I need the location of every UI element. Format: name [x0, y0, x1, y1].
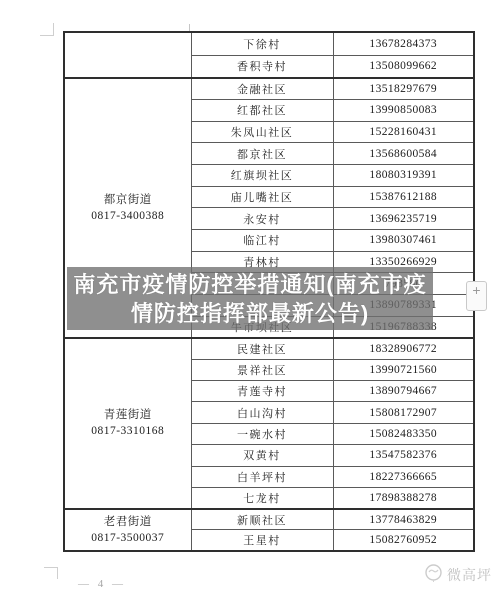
village-cell: 七龙村	[191, 487, 333, 508]
village-cell: 朱凤山社区	[191, 121, 333, 143]
table-row: 老君街道0817-3500037新顺社区13778463829	[64, 509, 474, 530]
phone-cell: 13980307461	[333, 229, 474, 251]
seo-title-overlay[interactable]: 南充市疫情防控举措通知(南充市疫 情防控指挥部最新公告)	[67, 267, 433, 330]
street-cell: 老君街道0817-3500037	[64, 509, 191, 551]
phone-cell: 18328906772	[333, 338, 474, 359]
street-phone: 0817-3400388	[65, 208, 191, 224]
phone-cell: 13678284373	[333, 32, 474, 55]
margin-mark-top-left-h	[40, 35, 53, 36]
phone-cell: 13778463829	[333, 509, 474, 530]
phone-cell: 18227366665	[333, 466, 474, 487]
margin-mark-bottom-left-h	[44, 567, 57, 568]
street-cell: 青莲街道0817-3310168	[64, 338, 191, 509]
margin-mark-top-left-v	[53, 23, 54, 36]
overlay-title-line2: 情防控指挥部最新公告)	[131, 299, 369, 328]
plus-icon: +	[472, 282, 480, 298]
street-name: 都京街道	[65, 192, 191, 208]
village-cell: 王星村	[191, 530, 333, 551]
village-cell: 红旗坝社区	[191, 165, 333, 187]
document-page: { "overlay": { "title": "南充市疫情防控举措通知(南充市…	[0, 0, 500, 598]
table-row: 青莲街道0817-3310168民建社区18328906772	[64, 338, 474, 359]
phone-cell: 13568600584	[333, 143, 474, 165]
phone-cell: 13990850083	[333, 100, 474, 122]
phone-cell: 13696235719	[333, 208, 474, 230]
watermark-logo-icon	[424, 563, 443, 587]
village-cell: 永安村	[191, 208, 333, 230]
overlay-title-line1: 南充市疫情防控举措通知(南充市疫	[73, 270, 426, 299]
village-cell: 民建社区	[191, 338, 333, 359]
village-cell: 临江村	[191, 229, 333, 251]
page-number: — 4 —	[78, 578, 126, 590]
village-cell: 香积寺村	[191, 55, 333, 78]
phone-cell: 13508099662	[333, 55, 474, 78]
phone-cell: 18080319391	[333, 165, 474, 187]
phone-cell: 15082483350	[333, 423, 474, 444]
margin-mark-bottom-left-v	[57, 567, 58, 579]
plus-handle[interactable]: +	[466, 281, 487, 311]
village-cell: 新顺社区	[191, 509, 333, 530]
column-guide-tick	[189, 24, 190, 31]
phone-cell: 15387612188	[333, 186, 474, 208]
village-cell: 下徐村	[191, 32, 333, 55]
phone-cell: 13890794667	[333, 380, 474, 401]
phone-cell: 17898388278	[333, 487, 474, 508]
table-row: 都京街道0817-3400388金融社区13518297679	[64, 78, 474, 100]
street-cell	[64, 32, 191, 78]
village-cell: 青莲寺村	[191, 380, 333, 401]
village-cell: 金融社区	[191, 78, 333, 100]
village-cell: 双黄村	[191, 445, 333, 466]
phone-cell: 13547582376	[333, 445, 474, 466]
village-cell: 红都社区	[191, 100, 333, 122]
street-phone: 0817-3310168	[65, 423, 191, 439]
table-row: 下徐村13678284373	[64, 32, 474, 55]
village-cell: 都京社区	[191, 143, 333, 165]
phone-cell: 15082760952	[333, 530, 474, 551]
village-cell: 景祥社区	[191, 359, 333, 380]
phone-cell: 13990721560	[333, 359, 474, 380]
watermark-text: 微高坪	[447, 565, 492, 585]
phone-cell: 15228160431	[333, 121, 474, 143]
phone-cell: 15808172907	[333, 402, 474, 423]
phone-cell: 13518297679	[333, 78, 474, 100]
village-cell: 一碗水村	[191, 423, 333, 444]
village-cell: 白山沟村	[191, 402, 333, 423]
street-name: 老君街道	[65, 514, 191, 530]
village-cell: 白羊坪村	[191, 466, 333, 487]
village-cell: 庙儿嘴社区	[191, 186, 333, 208]
watermark: 微高坪	[424, 563, 492, 587]
street-name: 青莲街道	[65, 407, 191, 423]
street-phone: 0817-3500037	[65, 530, 191, 546]
